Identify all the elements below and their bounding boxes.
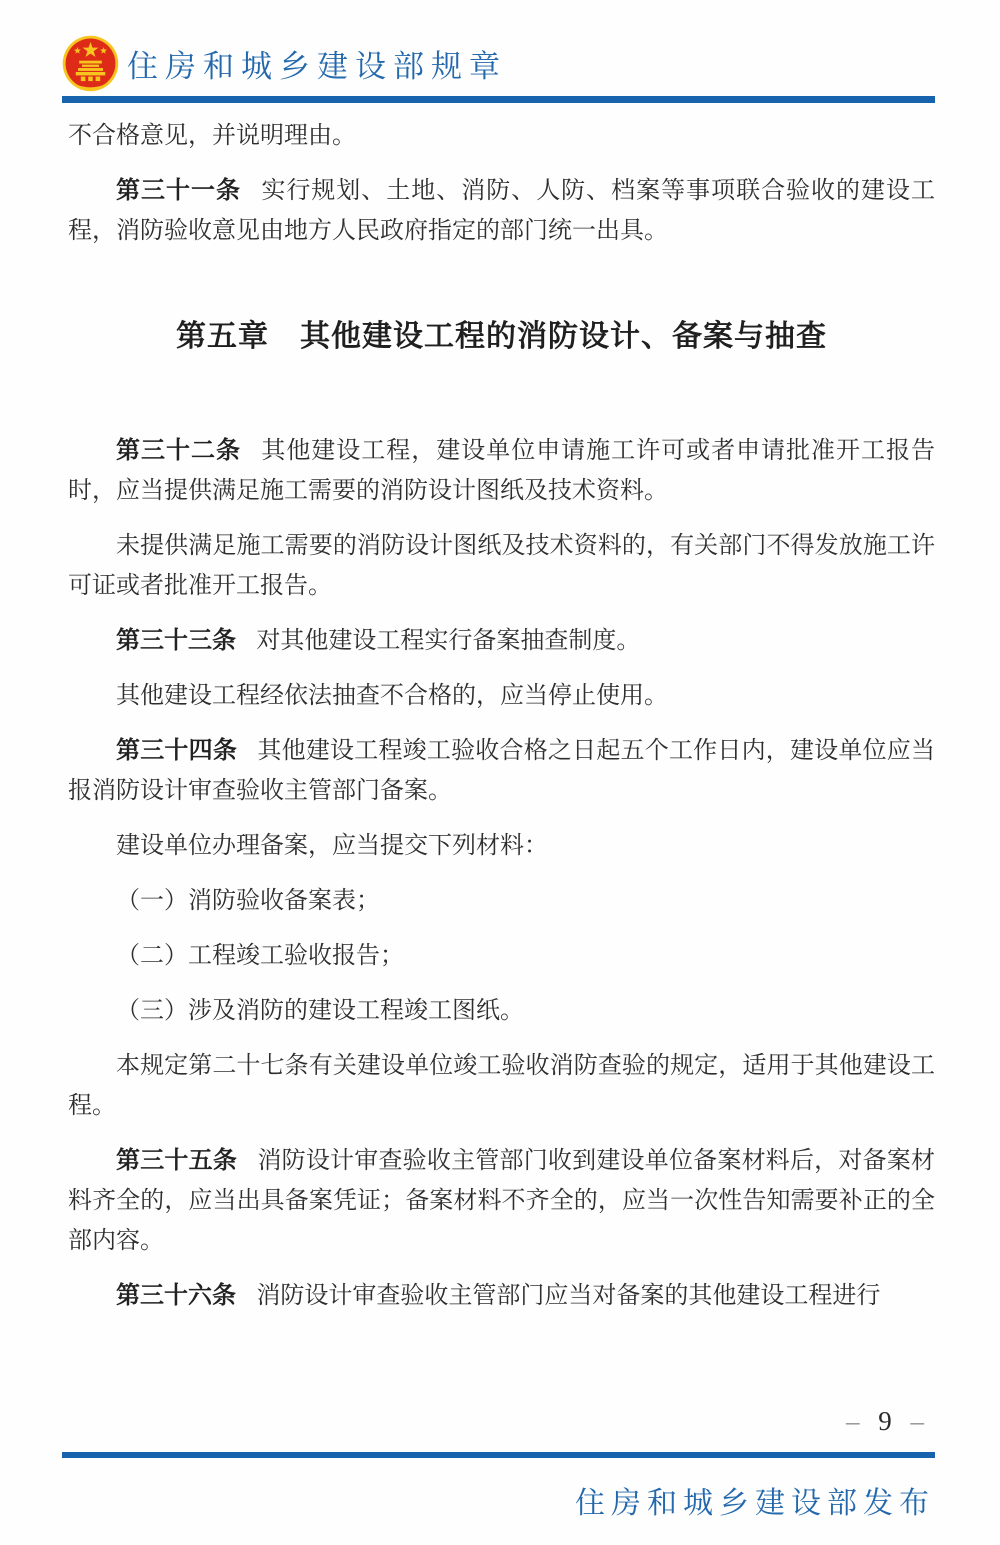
- article-number: 第三十五条: [116, 1147, 237, 1174]
- article-33-paragraph: 第三十三条对其他建设工程实行备案抽查制度。: [68, 621, 935, 661]
- paragraph: 其他建设工程经依法抽查不合格的，应当停止使用。: [68, 676, 935, 716]
- paragraph-text: 未提供满足施工需要的消防设计图纸及技术资料的，有关部门不得发放施工许可证或者批准…: [68, 533, 935, 599]
- paragraph: 未提供满足施工需要的消防设计图纸及技术资料的，有关部门不得发放施工许可证或者批准…: [68, 526, 935, 606]
- paragraph-text: 建设单位办理备案，应当提交下列材料：: [116, 833, 548, 859]
- article-number: 第三十一条: [116, 177, 241, 204]
- paragraph-text: 其他建设工程经依法抽查不合格的，应当停止使用。: [116, 683, 668, 709]
- paragraph: 本规定第二十七条有关建设单位竣工验收消防查验的规定，适用于其他建设工程。: [68, 1046, 935, 1126]
- paragraph-text: 消防设计审查验收主管部门应当对备案的其他建设工程进行: [256, 1283, 880, 1309]
- document-page: 住房和城乡建设部规章 不合格意见，并说明理由。 第三十一条实行规划、土地、消防、…: [0, 0, 1000, 1545]
- list-item-2: （二）工程竣工验收报告；: [68, 936, 935, 976]
- document-category-title: 住房和城乡建设部规章: [127, 41, 507, 86]
- publisher-label: 住房和城乡建设部发布: [575, 1478, 935, 1522]
- article-32-paragraph: 第三十二条其他建设工程，建设单位申请施工许可或者申请批准开工报告时，应当提供满足…: [68, 431, 935, 511]
- article-31-paragraph: 第三十一条实行规划、土地、消防、人防、档案等事项联合验收的建设工程，消防验收意见…: [68, 171, 935, 251]
- paragraph-text: 不合格意见，并说明理由。: [68, 123, 356, 149]
- article-number: 第三十二条: [116, 437, 241, 464]
- header-divider-line: [62, 96, 935, 103]
- page-number: – 9 –: [846, 1406, 930, 1437]
- article-35-paragraph: 第三十五条消防设计审查验收主管部门收到建设单位备案材料后，对备案材料齐全的，应当…: [68, 1141, 935, 1261]
- page-number-dash: –: [846, 1406, 866, 1436]
- article-number: 第三十三条: [116, 627, 236, 654]
- article-number: 第三十六条: [116, 1282, 236, 1309]
- article-number: 第三十四条: [116, 737, 237, 764]
- document-body: 不合格意见，并说明理由。 第三十一条实行规划、土地、消防、人防、档案等事项联合验…: [68, 116, 935, 1331]
- paragraph-text: 对其他建设工程实行备案抽查制度。: [256, 628, 640, 654]
- page-header: 住房和城乡建设部规章: [62, 33, 935, 93]
- paragraph-continuation: 不合格意见，并说明理由。: [68, 116, 935, 156]
- chapter-5-heading: 第五章 其他建设工程的消防设计、备案与抽查: [68, 317, 935, 357]
- china-national-emblem-icon: [62, 34, 119, 93]
- paragraph-text: （二）工程竣工验收报告；: [116, 943, 404, 969]
- paragraph-text: 本规定第二十七条有关建设单位竣工验收消防查验的规定，适用于其他建设工程。: [68, 1053, 935, 1119]
- paragraph-text: （一）消防验收备案表；: [116, 888, 380, 914]
- footer-divider-line: [62, 1452, 935, 1458]
- article-34-paragraph: 第三十四条其他建设工程竣工验收合格之日起五个工作日内，建设单位应当报消防设计审查…: [68, 731, 935, 811]
- page-number-value: 9: [878, 1406, 898, 1436]
- article-36-paragraph: 第三十六条消防设计审查验收主管部门应当对备案的其他建设工程进行: [68, 1276, 935, 1316]
- page-number-dash: –: [911, 1406, 931, 1436]
- list-item-1: （一）消防验收备案表；: [68, 881, 935, 921]
- paragraph: 建设单位办理备案，应当提交下列材料：: [68, 826, 935, 866]
- list-item-3: （三）涉及消防的建设工程竣工图纸。: [68, 991, 935, 1031]
- paragraph-text: （三）涉及消防的建设工程竣工图纸。: [116, 998, 524, 1024]
